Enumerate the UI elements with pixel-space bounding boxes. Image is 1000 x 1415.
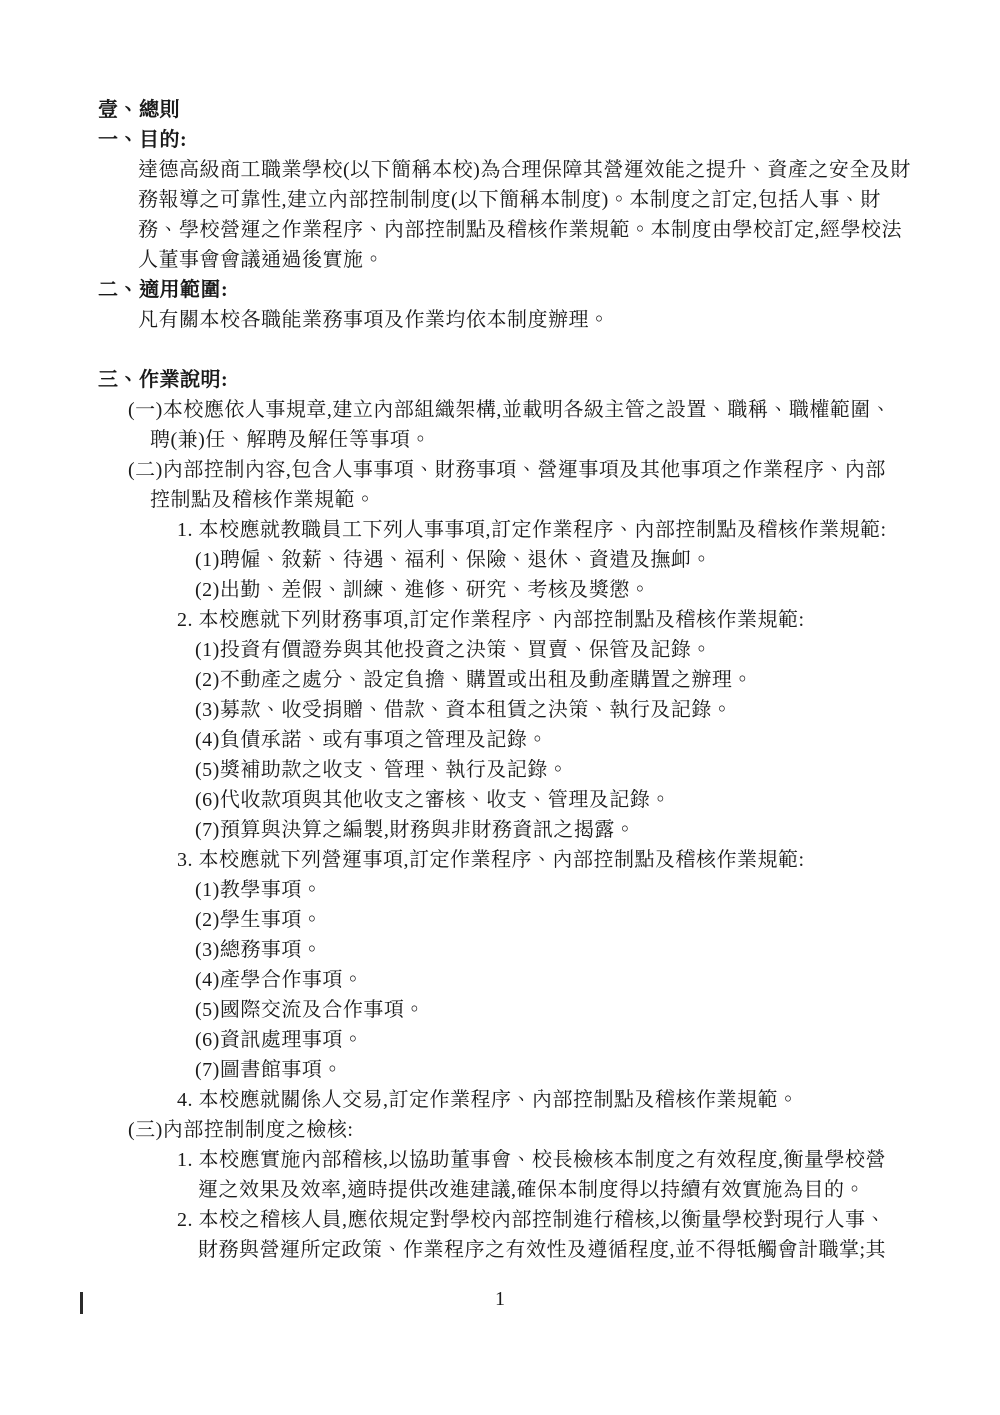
document-line: 2. 本校之稽核人員,應依規定對學校內部控制進行稽核,以衡量學校對現行人事、 [177, 1205, 1000, 1235]
document-line: (3)募款、收受捐贈、借款、資本租賃之決策、執行及記錄。 [195, 695, 1000, 725]
document-line: 4. 本校應就關係人交易,訂定作業程序、內部控制點及稽核作業規範。 [177, 1085, 1000, 1115]
document-line: (2)學生事項。 [195, 905, 1000, 935]
document-line: (3)總務事項。 [195, 935, 1000, 965]
document-line: 財務與營運所定政策、作業程序之有效性及遵循程度,並不得牴觸會計職掌;其 [198, 1235, 1000, 1265]
document-line: (5)獎補助款之收支、管理、執行及記錄。 [195, 755, 1000, 785]
document-lines: 壹、總則一、目的:達德高級商工職業學校(以下簡稱本校)為合理保障其營運效能之提升… [0, 95, 1000, 1265]
document-line: 聘(兼)任、解聘及解任等事項。 [150, 425, 1000, 455]
document-line: 1. 本校應實施內部稽核,以協助董事會、校長檢核本制度之有效程度,衡量學校營 [177, 1145, 1000, 1175]
document-line: 控制點及稽核作業規範。 [150, 485, 1000, 515]
document-line: 2. 本校應就下列財務事項,訂定作業程序、內部控制點及稽核作業規範: [177, 605, 1000, 635]
document-line: (二)內部控制內容,包含人事事項、財務事項、營運事項及其他事項之作業程序、內部 [128, 455, 1000, 485]
document-line: (7)預算與決算之編製,財務與非財務資訊之揭露。 [195, 815, 1000, 845]
document-line: (2)不動產之處分、設定負擔、購置或出租及動產購置之辦理。 [195, 665, 1000, 695]
document-line: (三)內部控制制度之檢核: [128, 1115, 1000, 1145]
document-line: (5)國際交流及合作事項。 [195, 995, 1000, 1025]
document-line: 壹、總則 [98, 95, 1000, 125]
document-line: (4)產學合作事項。 [195, 965, 1000, 995]
document-line: 二、適用範圍: [98, 275, 1000, 305]
document-line: 務、學校營運之作業程序、內部控制點及稽核作業規範。本制度由學校訂定,經學校法 [138, 215, 1000, 245]
page-number: 1 [0, 1284, 1000, 1314]
document-line: (1)投資有價證券與其他投資之決策、買賣、保管及記錄。 [195, 635, 1000, 665]
document-line: 3. 本校應就下列營運事項,訂定作業程序、內部控制點及稽核作業規範: [177, 845, 1000, 875]
document-line: 一、目的: [98, 125, 1000, 155]
document-line: (7)圖書館事項。 [195, 1055, 1000, 1085]
document-line: (6)資訊處理事項。 [195, 1025, 1000, 1055]
document-line: (1)教學事項。 [195, 875, 1000, 905]
document-line: 人董事會會議通過後實施。 [138, 245, 1000, 275]
document-line: (4)負債承諾、或有事項之管理及記錄。 [195, 725, 1000, 755]
document-line: 1. 本校應就教職員工下列人事事項,訂定作業程序、內部控制點及稽核作業規範: [177, 515, 1000, 545]
document-line: (1)聘僱、敘薪、待遇、福利、保險、退休、資遣及撫卹。 [195, 545, 1000, 575]
document-line: 運之效果及效率,適時提供改進建議,確保本制度得以持續有效實施為目的。 [198, 1175, 1000, 1205]
document-page: 壹、總則一、目的:達德高級商工職業學校(以下簡稱本校)為合理保障其營運效能之提升… [0, 0, 1000, 1415]
document-line: 務報導之可靠性,建立內部控制制度(以下簡稱本制度)。本制度之訂定,包括人事、財 [138, 185, 1000, 215]
blank-line [98, 335, 1000, 365]
document-line: (2)出勤、差假、訓練、進修、研究、考核及獎懲。 [195, 575, 1000, 605]
document-line: (6)代收款項與其他收支之審核、收支、管理及記錄。 [195, 785, 1000, 815]
document-line: 凡有關本校各職能業務事項及作業均依本制度辦理。 [138, 305, 1000, 335]
document-line: 三、作業說明: [98, 365, 1000, 395]
document-line: (一)本校應依人事規章,建立內部組織架構,並載明各級主管之設置、職稱、職權範圍、 [128, 395, 1000, 425]
document-line: 達德高級商工職業學校(以下簡稱本校)為合理保障其營運效能之提升、資產之安全及財 [138, 155, 1000, 185]
